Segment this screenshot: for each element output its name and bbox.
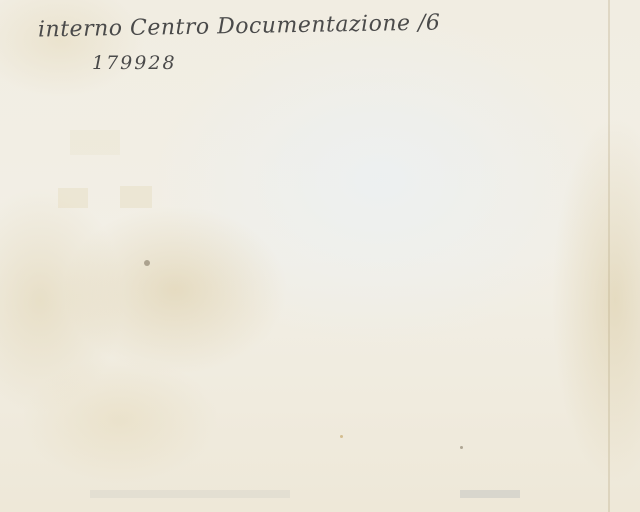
bleed-through-block [120,186,152,208]
stain-spot [460,446,463,449]
stain-spot [144,260,150,266]
photo-back-sheet: interno Centro Documentazione /6 179928 [0,0,640,512]
paper-edge-line [608,0,610,512]
faded-print-strip [90,490,290,498]
handwritten-archive-number: 179928 [92,52,177,74]
bleed-through-block [70,130,120,155]
faded-print-strip [460,490,520,498]
bleed-through-block [58,188,88,208]
stain-spot [340,435,343,438]
handwritten-caption: interno Centro Documentazione /6 [38,10,441,42]
